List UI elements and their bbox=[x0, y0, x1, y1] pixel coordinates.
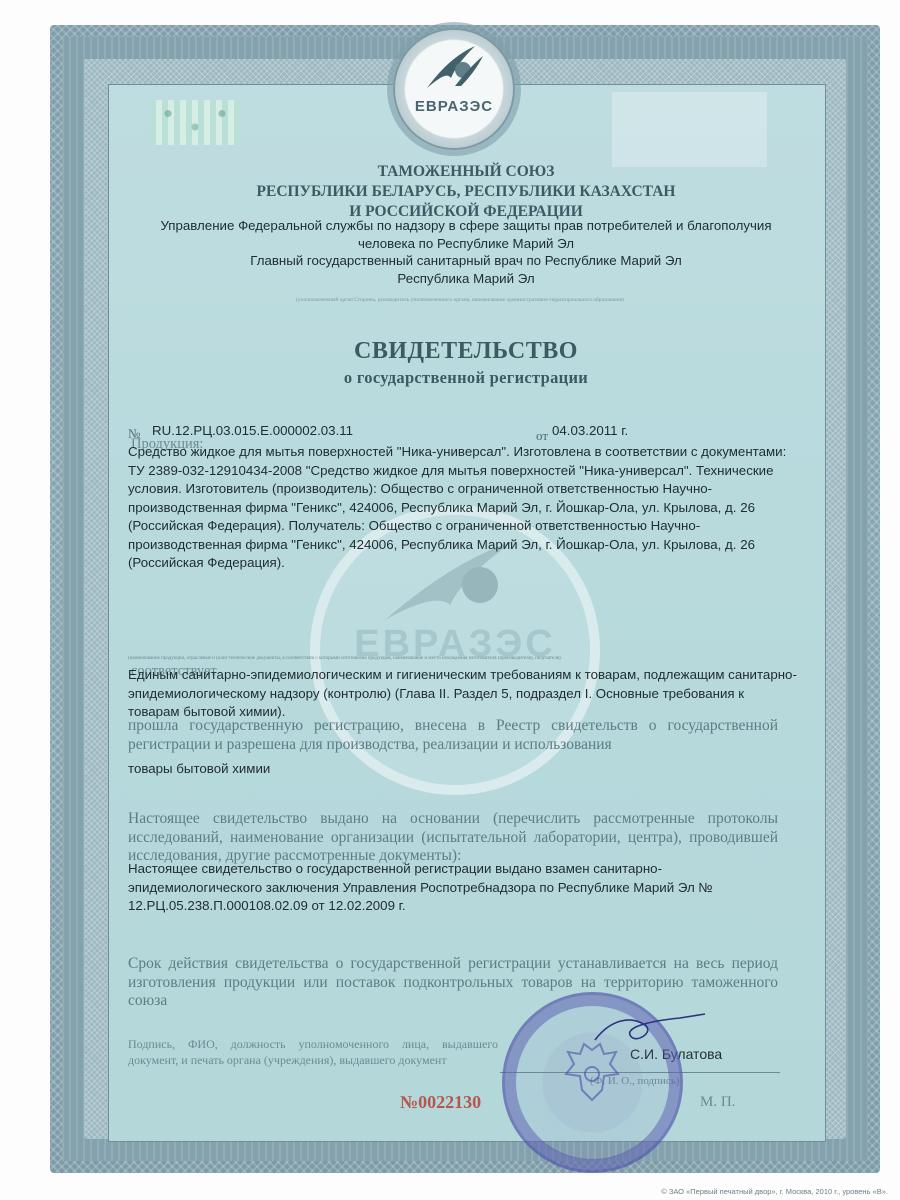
handwritten-signature bbox=[590, 1010, 710, 1050]
product-caption: (наименование продукции, отраслевые и (и… bbox=[128, 656, 798, 661]
issuing-authority: Управление Федеральной службы по надзору… bbox=[108, 217, 824, 287]
header-line: ТАМОЖЕННЫЙ СОЮЗ bbox=[108, 162, 824, 182]
certificate-title: СВИДЕТЕЛЬСТВО bbox=[108, 338, 824, 365]
double-headed-eagle-icon bbox=[560, 1040, 625, 1110]
signature-caption: Подпись, ФИО, должность уполномоченного … bbox=[128, 1036, 498, 1068]
authority-caption: (уполномоченный орган Стороны, руководит… bbox=[150, 297, 770, 303]
registration-date: 04.03.2011 г. bbox=[552, 423, 628, 438]
eurasec-emblem: ЕВРАЗЭС bbox=[393, 28, 515, 150]
conformity-text: Единым санитарно-эпидемиологическим и ги… bbox=[128, 666, 798, 722]
registration-statement: прошла государственную регистрацию, внес… bbox=[128, 717, 778, 754]
blank-area bbox=[612, 92, 767, 167]
date-label: от bbox=[536, 428, 548, 444]
header-line: РЕСПУБЛИКИ БЕЛАРУСЬ, РЕСПУБЛИКИ КАЗАХСТА… bbox=[108, 182, 824, 202]
eurasec-bird-icon bbox=[425, 42, 485, 92]
basis-text: Настоящее свидетельство о государственно… bbox=[128, 860, 778, 916]
authority-line: Управление Федеральной службы по надзору… bbox=[108, 217, 824, 235]
authority-line: Главный государственный санитарный врач … bbox=[108, 252, 824, 270]
validity-text: Срок действия свидетельства о государств… bbox=[128, 955, 778, 1011]
goods-category: товары бытовой химии bbox=[128, 760, 270, 779]
hologram-sticker bbox=[150, 100, 240, 145]
serial-number: №0022130 bbox=[400, 1092, 481, 1113]
customs-union-header: ТАМОЖЕННЫЙ СОЮЗ РЕСПУБЛИКИ БЕЛАРУСЬ, РЕС… bbox=[108, 162, 824, 222]
product-description: Средство жидкое для мытья поверхностей "… bbox=[128, 443, 788, 573]
emblem-text: ЕВРАЗЭС bbox=[395, 98, 513, 115]
basis-label: Настоящее свидетельство выдано на основа… bbox=[128, 810, 778, 866]
authority-line: Республика Марий Эл bbox=[108, 270, 824, 288]
certificate-subtitle: о государственной регистрации bbox=[108, 368, 824, 388]
printer-copyright: © ЗАО «Первый печатный двор», г. Москва,… bbox=[661, 1187, 888, 1196]
seal-place-label: М. П. bbox=[700, 1094, 735, 1111]
authority-line: человека по Республике Марий Эл bbox=[108, 235, 824, 253]
